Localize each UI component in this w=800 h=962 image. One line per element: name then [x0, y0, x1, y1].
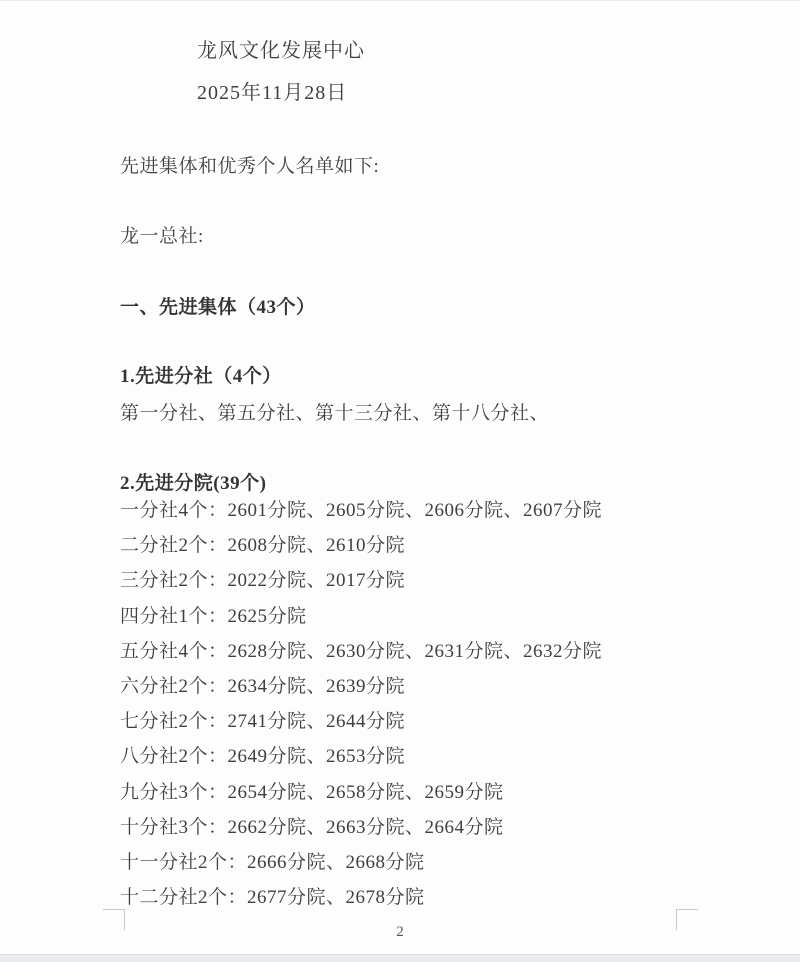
intro-line: 先进集体和优秀个人名单如下:	[120, 151, 379, 178]
list-item: 三分社2个：2022分院、2017分院	[120, 563, 602, 598]
list-item: 七分社2个：2741分院、2644分院	[120, 704, 602, 739]
list-item: 一分社4个：2601分院、2605分院、2606分院、2607分院	[120, 493, 602, 528]
advanced-societies-list: 第一分社、第五分社、第十三分社、第十八分社、	[120, 398, 549, 425]
list-item: 八分社2个：2649分院、2653分院	[120, 739, 602, 774]
list-item: 十二分社2个：2677分院、2678分院	[120, 880, 602, 915]
society-line: 龙一总社:	[120, 221, 204, 248]
list-item: 九分社3个：2654分院、2658分院、2659分院	[120, 775, 602, 810]
document-date: 2025年11月28日	[197, 76, 347, 105]
org-name: 龙风文化发展中心	[197, 34, 365, 63]
list-item: 十分社3个：2662分院、2663分院、2664分院	[120, 810, 602, 845]
list-item: 五分社4个：2628分院、2630分院、2631分院、2632分院	[120, 634, 602, 669]
subheading-advanced-branches: 2.先进分院(39个)	[120, 468, 266, 495]
list-item: 四分社1个：2625分院	[120, 599, 602, 634]
list-item: 十一分社2个：2666分院、2668分院	[120, 845, 602, 880]
page-number: 2	[0, 924, 800, 941]
advanced-branches-list: 一分社4个：2601分院、2605分院、2606分院、2607分院 二分社2个：…	[120, 493, 602, 915]
section-heading-advanced-collectives: 一、先进集体（43个）	[120, 292, 316, 319]
document-page: 龙风文化发展中心 2025年11月28日 先进集体和优秀个人名单如下: 龙一总社…	[0, 0, 800, 962]
subheading-advanced-societies: 1.先进分社（4个）	[120, 361, 282, 388]
list-item: 六分社2个：2634分院、2639分院	[120, 669, 602, 704]
list-item: 二分社2个：2608分院、2610分院	[120, 528, 602, 563]
